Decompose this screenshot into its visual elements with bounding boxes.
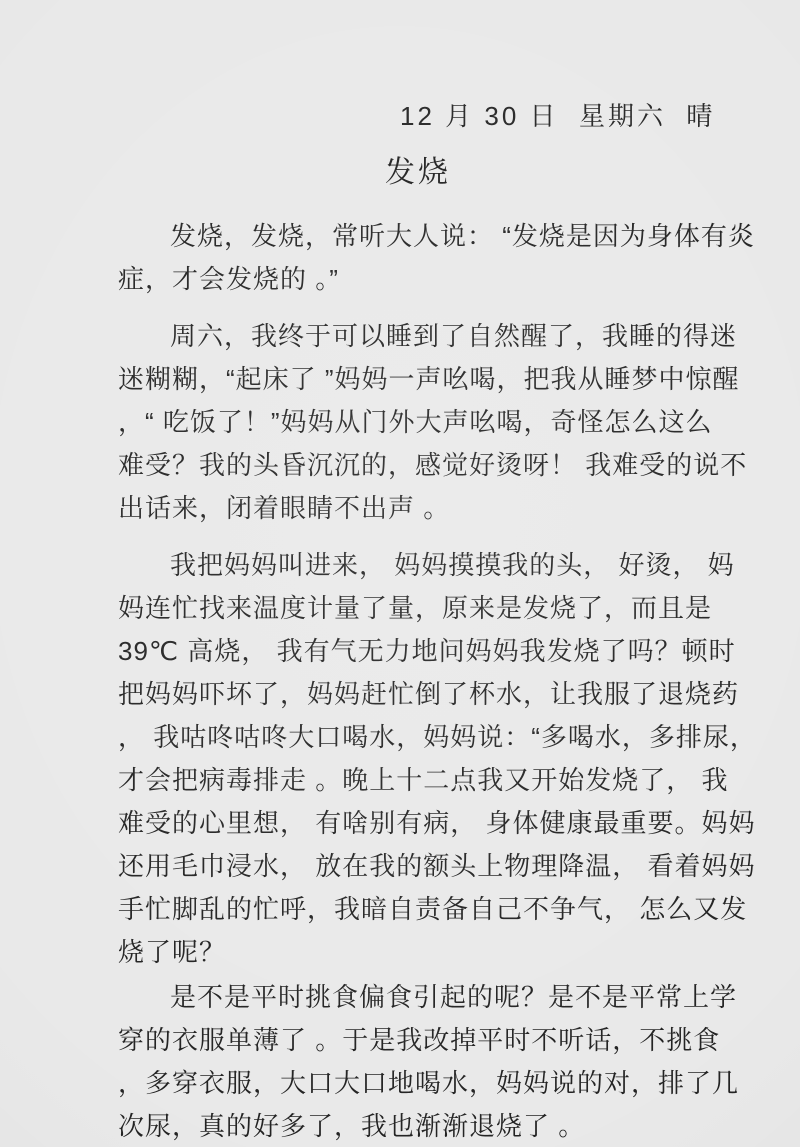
text-line: 次尿，真的好多了，我也渐渐退烧了 。 bbox=[118, 1105, 710, 1147]
text-line: 才会把病毒排走 。晚上十二点我又开始发烧了， 我 bbox=[118, 759, 710, 802]
text-line: 还用毛巾浸水， 放在我的额头上物理降温， 看着妈妈 bbox=[118, 845, 710, 888]
text-line: 手忙脚乱的忙呼，我暗自责备自己不争气， 怎么又发 bbox=[118, 888, 710, 931]
text-line: 出话来，闭着眼睛不出声 。 bbox=[118, 487, 710, 530]
text-line: 烧了呢？ bbox=[118, 931, 710, 974]
text-line: ， 我咕咚咕咚大口喝水，妈妈说：“多喝水，多排尿， bbox=[118, 716, 710, 759]
text-line: 难受？我的头昏沉沉的，感觉好烫呀！ 我难受的说不 bbox=[118, 444, 710, 487]
text-line: 39℃ 高烧， 我有气无力地问妈妈我发烧了吗？顿时 bbox=[118, 630, 710, 673]
text-line: ，“ 吃饭了！”妈妈从门外大声吆喝，奇怪怎么这么 bbox=[118, 401, 710, 444]
text-line: ，多穿衣服，大口大口地喝水，妈妈说的对，排了几 bbox=[118, 1062, 710, 1105]
essay-title: 发烧 bbox=[385, 147, 451, 191]
text-line: 发烧，发烧，常听大人说： “发烧是因为身体有炎 bbox=[118, 215, 710, 258]
text-line: 迷糊糊，“起床了 ”妈妈一声吆喝，把我从睡梦中惊醒 bbox=[118, 358, 710, 401]
text-line: 我把妈妈叫进来， 妈妈摸摸我的头， 好烫， 妈 bbox=[118, 544, 710, 587]
diary-page: 12 月 30 日 星期六 晴 发烧 发烧，发烧，常听大人说： “发烧是因为身体… bbox=[0, 0, 800, 1147]
date-heading: 12 月 30 日 星期六 晴 bbox=[400, 96, 715, 133]
text-line: 穿的衣服单薄了 。于是我改掉平时不听话，不挑食 bbox=[118, 1019, 710, 1062]
text-line: 是不是平时挑食偏食引起的呢？是不是平常上学 bbox=[118, 976, 710, 1019]
text-line: 把妈妈吓坏了，妈妈赶忙倒了杯水，让我服了退烧药 bbox=[118, 673, 710, 716]
essay-body: 发烧，发烧，常听大人说： “发烧是因为身体有炎 症，才会发烧的 。” 周六，我终… bbox=[118, 215, 710, 1147]
text-line: 症，才会发烧的 。” bbox=[118, 258, 710, 301]
text-line: 难受的心里想， 有啥别有病， 身体健康最重要。妈妈 bbox=[118, 802, 710, 845]
text-line: 妈连忙找来温度计量了量，原来是发烧了，而且是 bbox=[118, 587, 710, 630]
text-line: 周六，我终于可以睡到了自然醒了，我睡的得迷 bbox=[118, 315, 710, 358]
